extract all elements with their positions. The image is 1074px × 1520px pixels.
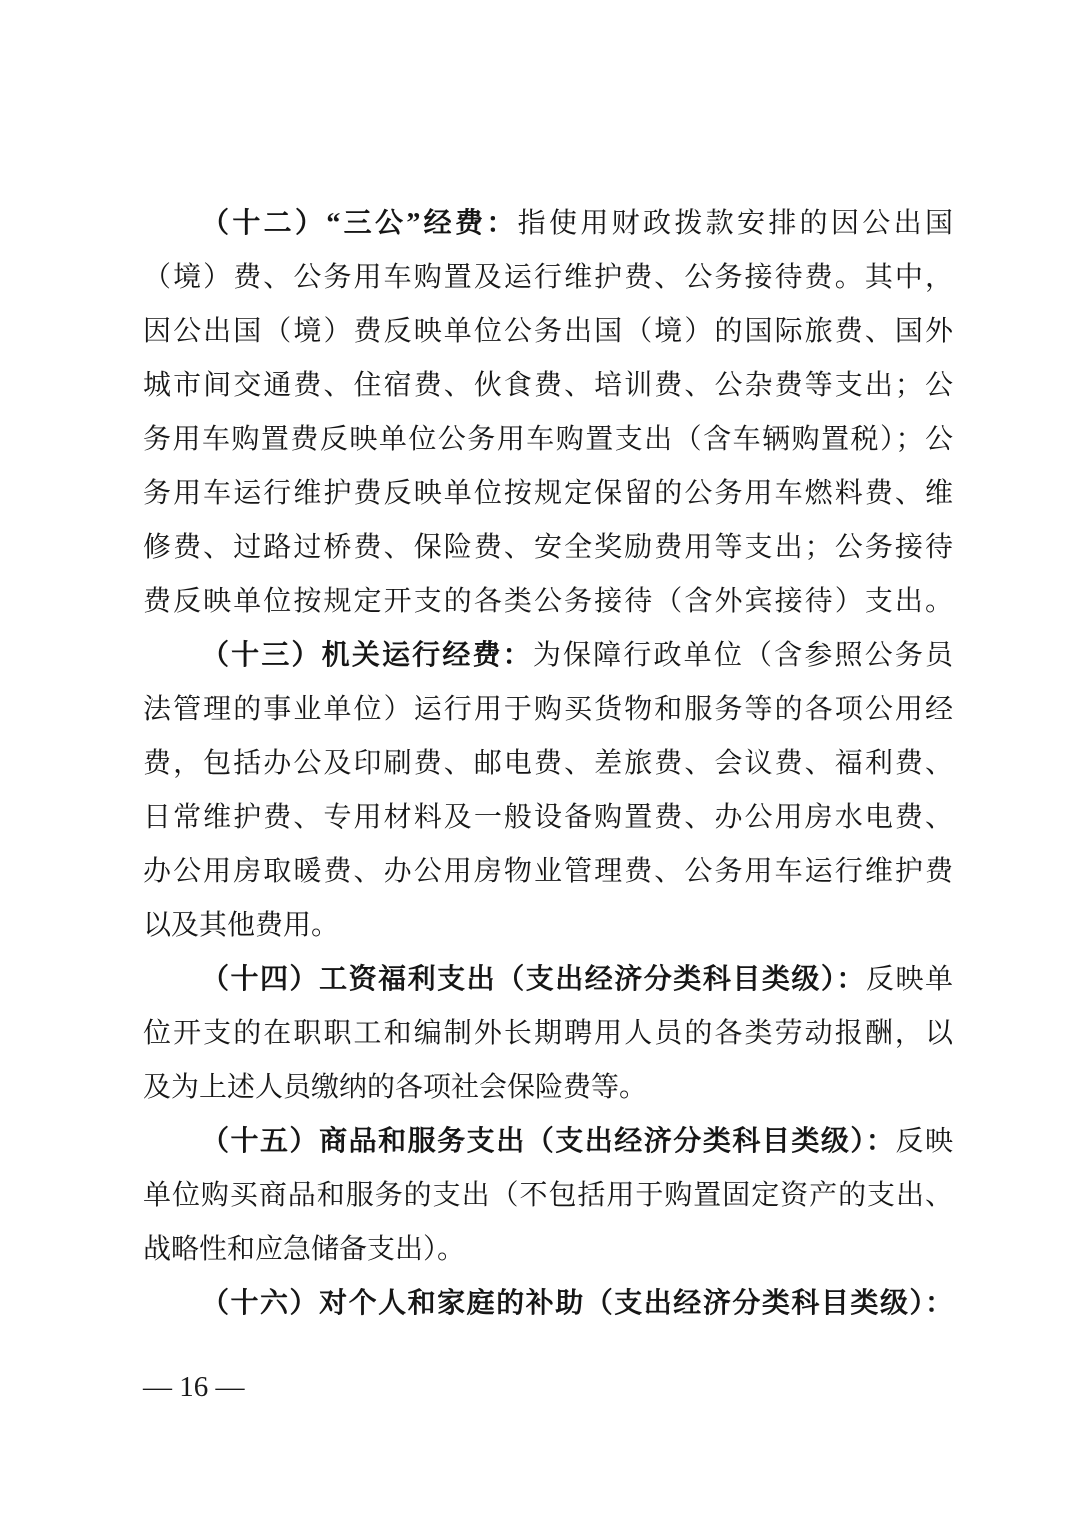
line-text: 单位购买商品和服务的支出（不包括用于购置固定资产的支出、 xyxy=(143,1180,953,1211)
line-text: 指使用财政拨款安排的因公出国 xyxy=(518,208,953,239)
line-text: 反映单 xyxy=(866,964,953,995)
text-line: （十六）对个人和家庭的补助（支出经济分类科目类级）： xyxy=(143,1277,953,1331)
line-text: 因公出国（境）费反映单位公务出国（境）的国际旅费、国外 xyxy=(143,316,953,347)
line-text: （境）费、公务用车购置及运行维护费、公务接待费。其中， xyxy=(143,262,953,293)
line-text: 费反映单位按规定开支的各类公务接待（含外宾接待）支出。 xyxy=(143,586,953,617)
page-number: — 16 — xyxy=(143,1360,245,1414)
text-line: 费反映单位按规定开支的各类公务接待（含外宾接待）支出。 xyxy=(143,575,953,629)
line-text: 法管理的事业单位）运行用于购买货物和服务等的各项公用经 xyxy=(143,694,953,725)
text-line: 法管理的事业单位）运行用于购买货物和服务等的各项公用经 xyxy=(143,683,953,737)
text-line: 费，包括办公及印刷费、邮电费、差旅费、会议费、福利费、 xyxy=(143,737,953,791)
text-line: 位开支的在职职工和编制外长期聘用人员的各类劳动报酬，以 xyxy=(143,1007,953,1061)
section-heading: （十三）机关运行经费： xyxy=(201,640,533,671)
line-text: 以及其他费用。 xyxy=(143,910,339,941)
text-line: 以及其他费用。 xyxy=(143,899,953,953)
document-page: （十二）“三公”经费：指使用财政拨款安排的因公出国 （境）费、公务用车购置及运行… xyxy=(143,197,953,1331)
text-line: （十五）商品和服务支出（支出经济分类科目类级）：反映 xyxy=(143,1115,953,1169)
text-line: 办公用房取暖费、办公用房物业管理费、公务用车运行维护费 xyxy=(143,845,953,899)
line-text: 费，包括办公及印刷费、邮电费、差旅费、会议费、福利费、 xyxy=(143,748,953,779)
text-line: 日常维护费、专用材料及一般设备购置费、办公用房水电费、 xyxy=(143,791,953,845)
section-heading: （十四）工资福利支出（支出经济分类科目类级）： xyxy=(201,964,866,995)
text-line: 城市间交通费、住宿费、伙食费、培训费、公杂费等支出；公 xyxy=(143,359,953,413)
section-heading: （十二）“三公”经费： xyxy=(201,208,518,239)
line-text: 城市间交通费、住宿费、伙食费、培训费、公杂费等支出；公 xyxy=(143,370,953,401)
text-line: 务用车购置费反映单位公务用车购置支出（含车辆购置税）；公 xyxy=(143,413,953,467)
text-line: 修费、过路过桥费、保险费、安全奖励费用等支出；公务接待 xyxy=(143,521,953,575)
line-text: 反映 xyxy=(895,1126,953,1157)
text-line: 战略性和应急储备支出）。 xyxy=(143,1223,953,1277)
line-text: 务用车运行维护费反映单位按规定保留的公务用车燃料费、维 xyxy=(143,478,953,509)
text-line: （十二）“三公”经费：指使用财政拨款安排的因公出国 xyxy=(143,197,953,251)
text-line: 因公出国（境）费反映单位公务出国（境）的国际旅费、国外 xyxy=(143,305,953,359)
line-text: 办公用房取暖费、办公用房物业管理费、公务用车运行维护费 xyxy=(143,856,953,887)
line-text: 为保障行政单位（含参照公务员 xyxy=(533,640,953,671)
text-line: （境）费、公务用车购置及运行维护费、公务接待费。其中， xyxy=(143,251,953,305)
text-line: （十三）机关运行经费：为保障行政单位（含参照公务员 xyxy=(143,629,953,683)
text-line: （十四）工资福利支出（支出经济分类科目类级）：反映单 xyxy=(143,953,953,1007)
line-text: 务用车购置费反映单位公务用车购置支出（含车辆购置税）；公 xyxy=(143,424,953,455)
line-text: 及为上述人员缴纳的各项社会保险费等。 xyxy=(143,1072,647,1103)
text-line: 务用车运行维护费反映单位按规定保留的公务用车燃料费、维 xyxy=(143,467,953,521)
line-text: 位开支的在职职工和编制外长期聘用人员的各类劳动报酬，以 xyxy=(143,1018,953,1049)
line-text: 日常维护费、专用材料及一般设备购置费、办公用房水电费、 xyxy=(143,802,953,833)
text-line: 单位购买商品和服务的支出（不包括用于购置固定资产的支出、 xyxy=(143,1169,953,1223)
line-text: 战略性和应急储备支出）。 xyxy=(143,1234,465,1265)
line-text: 修费、过路过桥费、保险费、安全奖励费用等支出；公务接待 xyxy=(143,532,953,563)
text-line: 及为上述人员缴纳的各项社会保险费等。 xyxy=(143,1061,953,1115)
section-heading: （十五）商品和服务支出（支出经济分类科目类级）： xyxy=(201,1126,895,1157)
section-heading: （十六）对个人和家庭的补助（支出经济分类科目类级）： xyxy=(201,1288,953,1319)
